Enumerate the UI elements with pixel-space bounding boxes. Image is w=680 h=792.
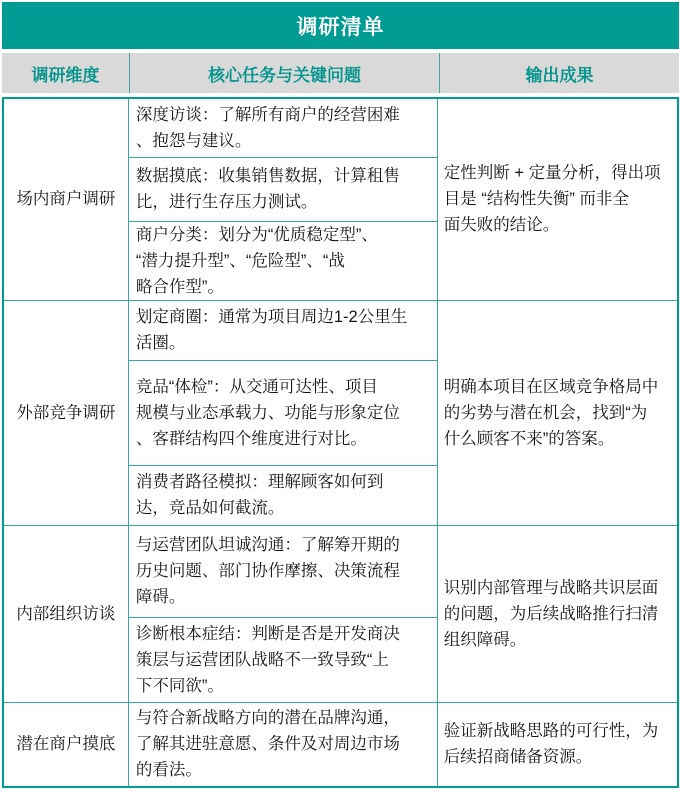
table-row: 外部竞争调研 划定商圈：通常为项目周边1-2公里生 活圈。 明确本项目在区域竞争… [3, 300, 678, 360]
column-header-dimension: 调研维度 [2, 53, 129, 93]
task-cell: 深度访谈：了解所有商户的经营困难 、抱怨与建议。 [128, 98, 437, 157]
dimension-cell: 场内商户调研 [3, 98, 128, 300]
table-row: 潜在商户摸底 与符合新战略方向的潜在品牌沟通， 了解其进驻意愿、条件及对周边市场… [3, 702, 678, 787]
task-cell: 竞品“体检”：从交通可达性、项目 规模与业态承载力、功能与形象定位 、客群结构四… [128, 360, 437, 465]
page-title: 调研清单 [297, 11, 385, 41]
task-cell: 商户分类：划分为“优质稳定型”、 “潜力提升型”、“危险型”、“战 略合作型”。 [128, 221, 437, 300]
title-bar: 调研清单 [2, 2, 679, 49]
task-cell: 诊断根本症结：判断是否是开发商决 策层与运营团队战略不一致导致“上 下不同欲”。 [128, 617, 437, 702]
column-header-tasks: 核心任务与关键问题 [129, 53, 439, 93]
output-cell: 识别内部管理与战略共识层面 的问题，为后续战略推行扫清 组织障碍。 [437, 525, 678, 702]
output-cell: 定性判断 + 定量分析，得出项 目是 “结构性失衡” 而非全 面失败的结论。 [437, 98, 678, 300]
task-cell: 划定商圈：通常为项目周边1-2公里生 活圈。 [128, 300, 437, 360]
table-header-row: 调研维度 核心任务与关键问题 输出成果 [2, 53, 679, 93]
dimension-cell: 内部组织访谈 [3, 525, 128, 702]
task-cell: 消费者路径模拟：理解顾客如何到 达，竞品如何截流。 [128, 465, 437, 525]
output-cell: 验证新战略思路的可行性，为 后续招商储备资源。 [437, 702, 678, 787]
task-cell: 与符合新战略方向的潜在品牌沟通， 了解其进驻意愿、条件及对周边市场 的看法。 [128, 702, 437, 787]
task-cell: 与运营团队坦诚沟通：了解筹开期的 历史问题、部门协作摩擦、决策流程 障碍。 [128, 525, 437, 617]
output-cell: 明确本项目在区域竞争格局中 的劣势与潜在机会，找到“为 什么顾客不来”的答案。 [437, 300, 678, 525]
dimension-cell: 外部竞争调研 [3, 300, 128, 525]
dimension-cell: 潜在商户摸底 [3, 702, 128, 787]
research-table: 场内商户调研 深度访谈：了解所有商户的经营困难 、抱怨与建议。 定性判断 + 定… [2, 97, 679, 788]
table-row: 内部组织访谈 与运营团队坦诚沟通：了解筹开期的 历史问题、部门协作摩擦、决策流程… [3, 525, 678, 617]
task-cell: 数据摸底：收集销售数据，计算租售 比，进行生存压力测试。 [128, 157, 437, 221]
table-row: 场内商户调研 深度访谈：了解所有商户的经营困难 、抱怨与建议。 定性判断 + 定… [3, 98, 678, 157]
research-checklist-page: 调研清单 调研维度 核心任务与关键问题 输出成果 场内商户调研 深度访谈：了解所… [0, 0, 680, 792]
column-header-output: 输出成果 [439, 53, 679, 93]
